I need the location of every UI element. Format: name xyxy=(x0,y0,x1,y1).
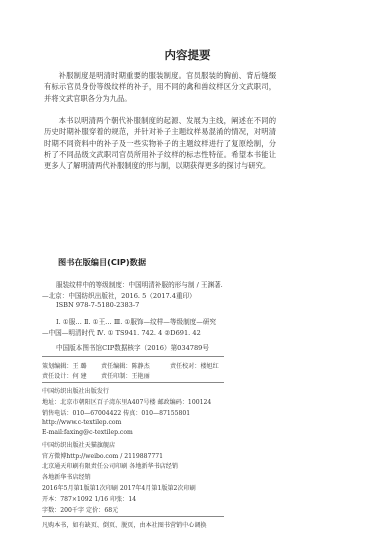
format-line: 开本：787×1092 1/16 印张：14 xyxy=(42,494,136,503)
footer-note: 凡购本书，如有缺页、倒页、脱页，由本社图书营销中心调换 xyxy=(42,520,207,529)
divider xyxy=(42,516,224,517)
printer-line: 北京通天印刷有限责任公司印刷 各地新华书店经销 xyxy=(42,461,178,470)
credit-proofreader: 责任校对：楼旭红 xyxy=(170,361,219,370)
isbn: ISBN 978-7-5180-2383-7 xyxy=(56,301,139,309)
cip-record-number: 中国版本图书馆CIP数据核字（2016）第034789号 xyxy=(56,342,209,352)
distributor-line: 各地新华书店经销 xyxy=(42,472,91,481)
credit-planning-editor: 策划编辑：王 璐 xyxy=(42,361,87,370)
credit-responsible-editor: 责任编辑：陈静杰 xyxy=(101,361,150,370)
publisher-phone: 销售电话：010—67004422 传真：010—87155801 xyxy=(42,408,190,417)
cip-entry-line-1: 服装纹样中的等级制度：中国明清补服的形与制 / 王渊著. xyxy=(56,279,223,289)
publisher-email: E-mail:faxing@c-textilep.com xyxy=(42,429,133,436)
edition-line: 2016年5月第1版第1次印刷 2017年4月第1版第2次印刷 xyxy=(42,483,196,492)
publisher-address: 地址：北京市朝阳区百子湾东里A407号楼 邮政编码：100124 xyxy=(42,397,211,406)
summary-paragraph-1: 补服制度是明清时期重要的服装制度。官员服装的胸前、背后缝缀有标示官员身份等级纹样… xyxy=(44,70,276,104)
summary-paragraph-2: 本书以明清两个朝代补服制度的起源、发展为主线，阐述在不同的历史时期补服穿着的规范… xyxy=(44,115,276,171)
publisher-weibo: 官方微博http://weibo.com / 2119887771 xyxy=(42,451,163,460)
price-line: 字数：200千字 定价：68元 xyxy=(42,505,118,514)
summary-title: 内容提要 xyxy=(0,47,375,63)
cip-entry-line-2: —北京：中国纺织出版社，2016. 5（2017.4重印） xyxy=(42,290,196,300)
divider xyxy=(42,356,224,357)
cip-subjects-line-2: —中国—明清时代 Ⅳ. ① TS941. 742. 4 ②D691. 42 xyxy=(42,327,201,337)
publisher-website: http://www.c-textilep.com xyxy=(42,419,121,426)
publisher-line: 中国纺织出版社出版发行 xyxy=(42,386,109,395)
credit-print-supervisor: 责任印制：王艳丽 xyxy=(101,371,150,380)
publisher-store: 中国纺织出版社天猫旗舰店 xyxy=(42,440,115,449)
cip-title: 图书在版编目(CIP)数据 xyxy=(58,257,146,268)
credit-designer: 责任设计：何 建 xyxy=(42,371,87,380)
cip-subjects-line-1: Ⅰ. ①服… Ⅱ. ①王… Ⅲ. ①服饰—纹样—等级制度—研究 xyxy=(56,316,216,326)
copyright-page: 内容提要 补服制度是明清时期重要的服装制度。官员服装的胸前、背后缝缀有标示官员身… xyxy=(0,0,375,556)
divider xyxy=(42,382,224,383)
